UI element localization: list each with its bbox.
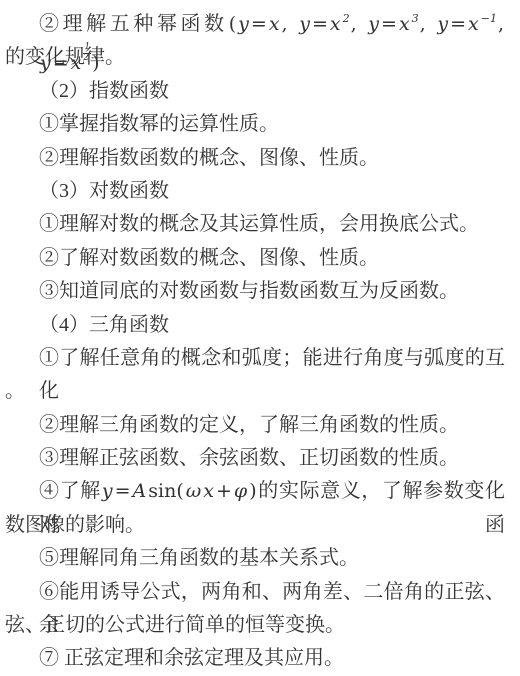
text-run: ③理解正弦函数、余弦函数、正切函数的性质。 [39, 447, 459, 469]
math-variable: φ [234, 480, 247, 502]
text-line: ②理解三角函数的定义，了解三角函数的性质。 [5, 409, 505, 442]
math-operator: = [251, 13, 267, 35]
math-operator: + [216, 480, 232, 502]
text-run: ⑦ 正弦定理和余弦定理及其应用。 [39, 647, 344, 669]
text-run: ①掌握指数幂的运算性质。 [39, 113, 279, 135]
text-run: ③知道同底的对数函数与指数函数互为反函数。 [39, 280, 459, 302]
document-text-body: ②理解五种幂函数(y=x, y=x2, y=x3, y=x−1, y=x12)的… [0, 0, 520, 676]
math-variable: y [102, 480, 113, 502]
math-superscript: −1 [481, 12, 497, 25]
math-variable: y [238, 13, 249, 35]
math-variable: ω [186, 480, 202, 502]
text-run: （2）指数函数 [39, 80, 169, 102]
math-operator: , [282, 13, 298, 35]
text-run: ②理解五种幂函数 [39, 13, 228, 35]
text-line: ⑥能用诱导公式，两角和、两角差、二倍角的正弦、余 [5, 576, 505, 609]
math-operator: sin( [148, 480, 183, 502]
math-variable: x [330, 13, 341, 35]
text-line: （4）三角函数 [5, 309, 505, 342]
math-operator: = [450, 13, 466, 35]
text-line: （3）对数函数 [5, 175, 505, 208]
text-run: （4）三角函数 [39, 314, 169, 336]
math-variable: y [437, 13, 448, 35]
text-line: ②了解对数函数的概念、图像、性质。 [5, 242, 505, 275]
math-operator: , [498, 13, 504, 35]
text-line: ①掌握指数幂的运算性质。 [5, 108, 505, 141]
text-line: ①了解任意角的概念和弧度；能进行角度与弧度的互化 [5, 342, 505, 375]
text-line: 。 [5, 375, 505, 408]
text-line: ⑦ 正弦定理和余弦定理及其应用。 [5, 642, 505, 675]
math-operator: ( [229, 13, 236, 35]
text-run: ②理解三角函数的定义，了解三角函数的性质。 [39, 414, 459, 436]
text-line: （2）指数函数 [5, 75, 505, 108]
text-line: ②理解五种幂函数(y=x, y=x2, y=x3, y=x−1, y=x12) [5, 8, 505, 41]
math-superscript: 3 [412, 12, 419, 25]
text-line: 的变化规律。 [5, 41, 505, 74]
text-line: ②理解指数函数的概念、图像、性质。 [5, 142, 505, 175]
math-superscript: 2 [343, 12, 350, 25]
text-run: （3）对数函数 [39, 180, 169, 202]
text-run: ②理解指数函数的概念、图像、性质。 [39, 147, 379, 169]
math-variable: x [203, 480, 214, 502]
text-run: ④了解 [39, 480, 101, 502]
text-run: 数图像的影响。 [5, 514, 145, 536]
math-variable: x [269, 13, 280, 35]
text-run: 的变化规律。 [5, 46, 125, 68]
math-operator: = [312, 13, 328, 35]
text-run: ①理解对数的概念及其运算性质，会用换底公式。 [39, 213, 479, 235]
text-run: ②了解对数函数的概念、图像、性质。 [39, 247, 379, 269]
math-variable: x [399, 13, 410, 35]
text-line: ③知道同底的对数函数与指数函数互为反函数。 [5, 275, 505, 308]
math-operator: ) [249, 480, 256, 502]
text-run: 。 [5, 380, 25, 402]
document-page: ②理解五种幂函数(y=x, y=x2, y=x3, y=x−1, y=x12)的… [0, 0, 520, 676]
math-operator: , [420, 13, 436, 35]
math-variable: y [368, 13, 379, 35]
text-line: 弦、正切的公式进行简单的恒等变换。 [5, 609, 505, 642]
text-run: ⑤理解同角三角函数的基本关系式。 [39, 547, 359, 569]
math-variable: A [133, 480, 147, 502]
math-operator: = [381, 13, 397, 35]
math-operator: = [115, 480, 131, 502]
text-line: ①理解对数的概念及其运算性质，会用换底公式。 [5, 208, 505, 241]
text-line: ⑤理解同角三角函数的基本关系式。 [5, 542, 505, 575]
math-variable: x [468, 13, 479, 35]
text-line: ③理解正弦函数、余弦函数、正切函数的性质。 [5, 442, 505, 475]
text-run: 弦、正切的公式进行简单的恒等变换。 [5, 614, 345, 636]
math-operator: , [351, 13, 367, 35]
text-line: ④了解y=Asin(ωx+φ)的实际意义，了解参数变化对函 [5, 475, 505, 508]
math-variable: y [299, 13, 310, 35]
